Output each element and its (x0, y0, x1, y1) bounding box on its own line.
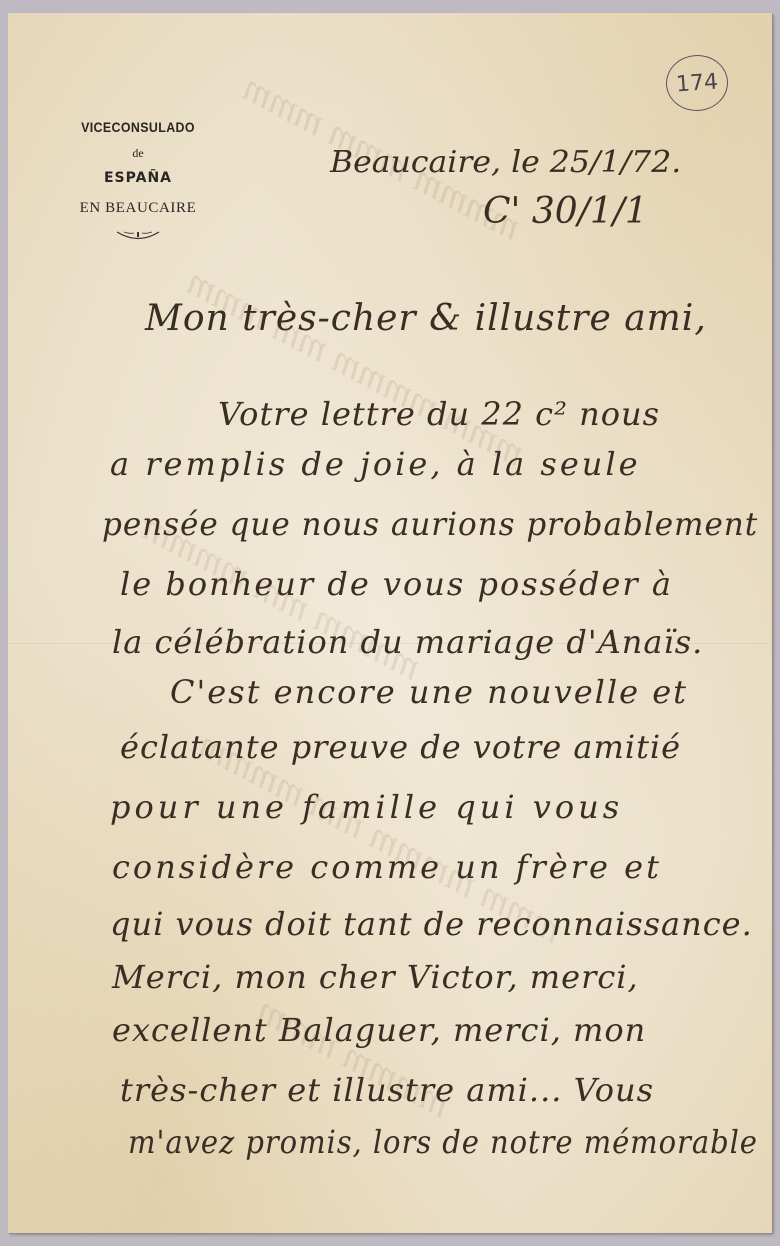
body-line: la célébration du mariage d'Anaïs. (112, 623, 703, 661)
body-line: Merci, mon cher Victor, merci, (112, 958, 639, 996)
letterhead-preposition: de (48, 146, 228, 161)
body-line: pensée que nous aurions probablement (102, 505, 758, 543)
ink-bleed-through: mmm mmmm mm mmm (179, 257, 534, 475)
letterhead-title: VICECONSULADO (55, 120, 221, 135)
letter-page: mmmm mmm mmm mmm mmmm mm mmm mmmm mm mmm… (8, 13, 772, 1233)
folio-number-stamp: 174 (664, 53, 730, 113)
body-line: pour une famille qui vous (110, 788, 623, 826)
salutation: Mon très-cher & illustre ami, (145, 298, 707, 339)
body-line: excellent Balaguer, merci, mon (112, 1011, 646, 1049)
body-line: le bonheur de vous posséder à (120, 565, 673, 603)
swash-ornament-icon (114, 229, 162, 243)
body-line: Votre lettre du 22 c² nous (218, 395, 660, 433)
body-line: m'avez promis, lors de notre mémorable (128, 1123, 758, 1161)
body-line: éclatante preuve de votre amitié (120, 728, 681, 766)
body-line: très-cher et illustre ami... Vous (120, 1071, 654, 1109)
body-line: a remplis de joie, à la seule (110, 445, 641, 483)
body-line: C'est encore une nouvelle et (170, 673, 688, 711)
reference-note: C' 30/1/1 (483, 191, 648, 232)
letterhead: VICECONSULADO de ESPAÑA EN BEAUCAIRE (48, 120, 228, 243)
body-line: considère comme un frère et (112, 848, 662, 886)
letterhead-city: EN BEAUCAIRE (48, 200, 228, 217)
place-date: Beaucaire, le 25/1/72. (330, 145, 681, 180)
letterhead-country: ESPAÑA (48, 170, 228, 186)
body-line: qui vous doit tant de reconnaissance. (110, 905, 753, 943)
